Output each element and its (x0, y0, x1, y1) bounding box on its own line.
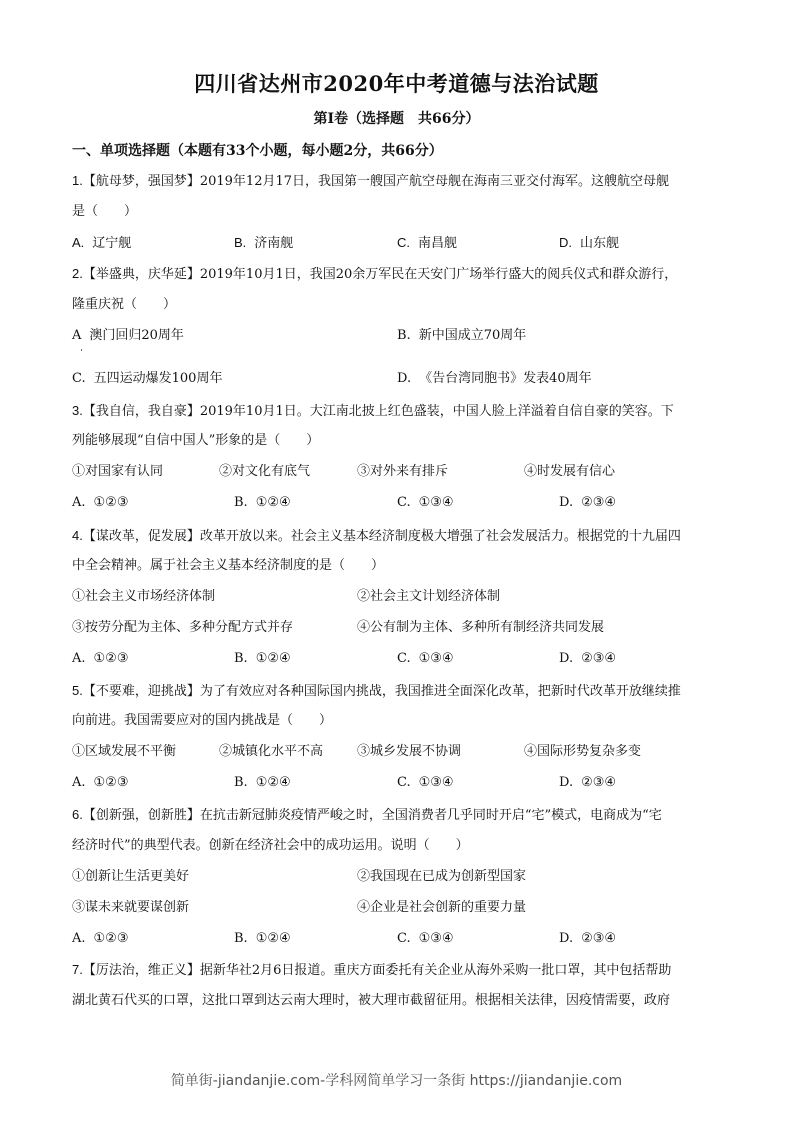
question-7-stem-line-1: 7.【厉法治，维正义】据新华社2月6日报道。重庆方面委托有关企业从海外采购一批口… (72, 961, 671, 980)
question-4-option-d[interactable]: D.②③④ (559, 650, 616, 668)
question-2-stem-line-2: 隆重庆祝（ ） (72, 296, 176, 314)
question-6-option-a[interactable]: A.①②③ (72, 930, 129, 948)
question-4-option-b[interactable]: B.①②④ (234, 650, 291, 668)
question-number: 3. (72, 403, 83, 418)
question-number: 1. (72, 173, 83, 188)
question-5-option-a[interactable]: A.①②③ (72, 774, 129, 792)
question-4-option-c[interactable]: C.①③④ (397, 650, 454, 668)
question-3-option-b[interactable]: B.①②④ (234, 494, 291, 512)
question-2-option-d[interactable]: D.《告台湾同胞书》发表40周年 (397, 370, 592, 388)
question-1-option-b[interactable]: B.济南舰 (234, 234, 293, 253)
question-3-statement-1: ①对国家有认同 (72, 463, 163, 481)
footer-watermark: 简单街-jiandanjie.com-学科网简单学习一条街 https://ji… (0, 1070, 793, 1090)
question-2-option-c[interactable]: C.五四运动爆发100周年 (72, 370, 222, 388)
question-3-statement-2: ②对文化有底气 (219, 463, 310, 481)
question-5-option-b[interactable]: B.①②④ (234, 774, 291, 792)
question-4-stem-line-1: 4.【谋改革，促发展】改革开放以来。社会主义基本经济制度极大增强了社会发展活力。… (72, 527, 681, 546)
question-3-stem-line-1: 3.【我自信，我自豪】2019年10月1日。大江南北披上红色盛装，中国人脸上洋溢… (72, 402, 674, 421)
question-2-stem-line-1: 2.【举盛典，庆华延】2019年10月1日，我国20余万军民在天安门广场举行盛大… (72, 265, 677, 284)
question-6-stem-line-1: 6.【创新强，创新胜】在抗击新冠肺炎疫情严峻之时，全国消费者几乎同时开启“宅”模… (72, 806, 662, 825)
question-5-option-d[interactable]: D.②③④ (559, 774, 616, 792)
question-1-option-d[interactable]: D.山东舰 (559, 234, 619, 253)
question-6-option-c[interactable]: C.①③④ (397, 930, 454, 948)
question-2-option-a[interactable]: A澳门回归20周年 (72, 327, 184, 345)
question-5-statement-2: ②城镇化水平不高 (219, 743, 323, 761)
question-1-stem-line-1: 1.【航母梦，强国梦】2019年12月17日，我国第一艘国产航空母舰在海南三亚交… (72, 172, 669, 191)
question-6-option-b[interactable]: B.①②④ (234, 930, 291, 948)
document-subtitle: 第I卷（选择题 共66分） (0, 108, 793, 128)
question-5-stem-line-2: 向前进。我国需要应对的国内挑战是（ ） (72, 712, 332, 730)
question-4-statement-2: ②社会主文计划经济体制 (357, 588, 500, 606)
question-3-option-d[interactable]: D.②③④ (559, 494, 616, 512)
question-number: 4. (72, 528, 83, 543)
question-4-statement-3: ③按劳分配为主体、多种分配方式并存 (72, 619, 293, 637)
question-7-stem-line-2: 湖北黄石代买的口罩，这批口罩到达云南大理时，被大理市截留征用。根据相关法律，因疫… (72, 992, 670, 1010)
question-number: 7. (72, 962, 83, 977)
question-4-statement-4: ④公有制为主体、多种所有制经济共同发展 (357, 619, 604, 637)
question-1-option-a[interactable]: A.辽宁舰 (72, 234, 131, 253)
question-6-stem-line-2: 经济时代”的典型代表。创新在经济社会中的成功运用。说明（ ） (72, 837, 469, 855)
question-number: 6. (72, 807, 83, 822)
question-6-statement-2: ②我国现在已成为创新型国家 (357, 868, 526, 886)
stray-mark (81, 349, 82, 351)
question-5-statement-3: ③城乡发展不协调 (357, 743, 461, 761)
question-5-option-c[interactable]: C.①③④ (397, 774, 454, 792)
question-6-statement-4: ④企业是社会创新的重要力量 (357, 899, 526, 917)
question-1-stem-line-2: 是（ ） (72, 203, 137, 221)
question-3-stem-line-2: 列能够展现“自信中国人”形象的是（ ） (72, 432, 319, 450)
exam-page: 四川省达州市2020年中考道德与法治试题 第I卷（选择题 共66分） 一、单项选… (0, 0, 793, 1122)
question-number: 2. (72, 266, 83, 281)
question-5-stem-line-1: 5.【不要难，迎挑战】为了有效应对各种国际国内挑战，我国推进全面深化改革，把新时… (72, 682, 681, 701)
question-1-option-c[interactable]: C.南昌舰 (397, 234, 457, 253)
question-3-statement-4: ④时发展有信心 (524, 463, 615, 481)
question-3-statement-3: ③对外来有排斥 (357, 463, 448, 481)
question-4-statement-1: ①社会主义市场经济体制 (72, 588, 215, 606)
question-2-option-b[interactable]: B.新中国成立70周年 (397, 327, 526, 345)
question-4-option-a[interactable]: A.①②③ (72, 650, 129, 668)
question-6-statement-1: ①创新让生活更美好 (72, 868, 189, 886)
section-heading: 一、单项选择题（本题有33个小题，每小题2分，共66分） (72, 140, 443, 160)
document-title: 四川省达州市2020年中考道德与法治试题 (0, 68, 793, 98)
question-5-statement-1: ①区域发展不平衡 (72, 743, 176, 761)
question-3-option-a[interactable]: A.①②③ (72, 494, 129, 512)
question-6-option-d[interactable]: D.②③④ (559, 930, 616, 948)
question-number: 5. (72, 683, 83, 698)
question-4-stem-line-2: 中全会精神。属于社会主义基本经济制度的是（ ） (72, 557, 384, 575)
question-6-statement-3: ③谋未来就要谋创新 (72, 899, 189, 917)
question-3-option-c[interactable]: C.①③④ (397, 494, 454, 512)
question-5-statement-4: ④国际形势复杂多变 (524, 743, 641, 761)
